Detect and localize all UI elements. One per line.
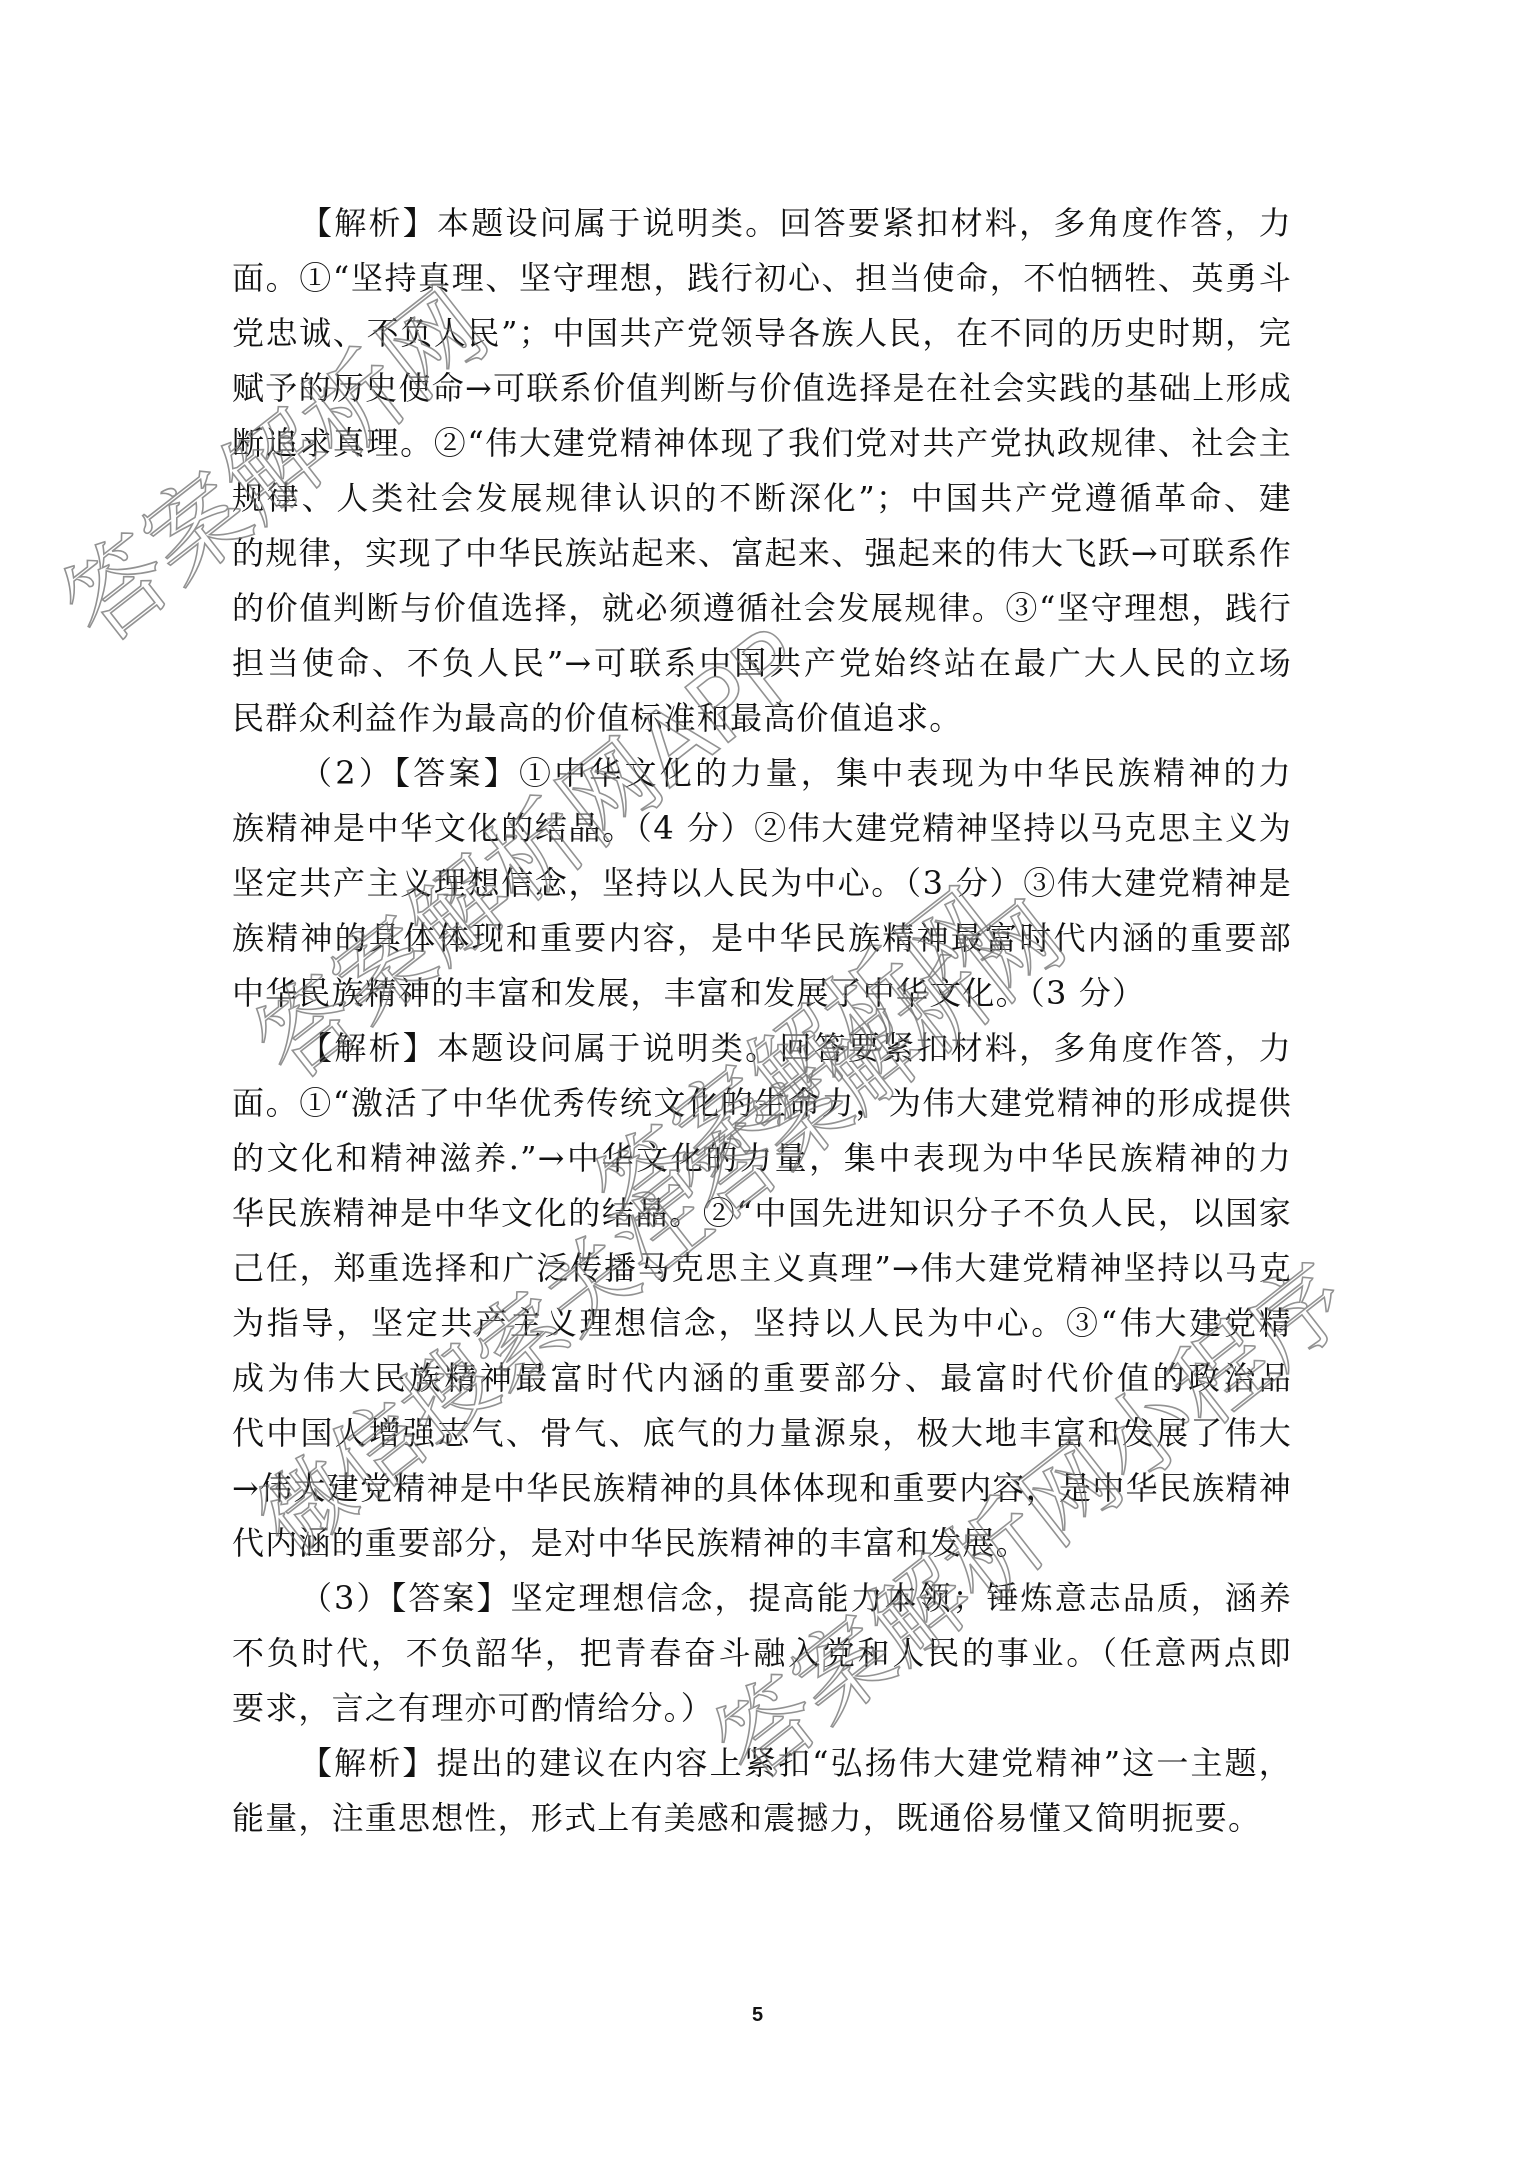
text-line: 民群众利益作为最高的价值标准和最高价值追求。 <box>232 691 1292 746</box>
text-line: 坚定共产主义理想信念，坚持以人民为中心。（3 分）③伟大建党精神是中华民 <box>232 856 1292 911</box>
paragraph-analysis-2: 【解析】本题设问属于说明类。回答要紧扣材料，多角度作答，力求准确全 面。①“激活… <box>232 1021 1292 1571</box>
text-line: 能量，注重思想性，形式上有美感和震撼力，既通俗易懂又简明扼要。 <box>232 1791 1292 1846</box>
text-line: 的规律，实现了中华民族站起来、富起来、强起来的伟大飞跃→可联系作出正确 <box>232 526 1292 581</box>
text-line: 族精神是中华文化的结晶。（4 分）②伟大建党精神坚持以马克思主义为指导， <box>232 801 1292 856</box>
text-line: 华民族精神是中华文化的结晶。②“中国先进知识分子不负人民，以国家兴亡为 <box>232 1186 1292 1241</box>
text-line: 【解析】本题设问属于说明类。回答要紧扣材料，多角度作答，力求准确全 <box>232 1021 1292 1076</box>
text-line: 成为伟大民族精神最富时代内涵的重要部分、最富时代价值的政治品格，成为当 <box>232 1351 1292 1406</box>
page-number: 5 <box>752 2004 763 2027</box>
text-line: （3）【答案】坚定理想信念，提高能力本领；锤炼意志品质，涵养道德情操； <box>232 1571 1292 1626</box>
text-line: 面。①“坚持真理、坚守理想，践行初心、担当使命，不怕牺牲、英勇斗争，对 <box>232 251 1292 306</box>
text-block: 【解析】本题设问属于说明类。回答要紧扣材料，多角度作答，力求准确全 面。①“坚持… <box>232 196 1292 1846</box>
text-line: 代中国人增强志气、骨气、底气的力量源泉，极大地丰富和发展了伟大民族精神。” <box>232 1406 1292 1461</box>
text-line: 的文化和精神滋养.”→中华文化的力量，集中表现为中华民族精神的力量；中 <box>232 1131 1292 1186</box>
text-line: 党忠诚、不负人民”；中国共产党领导各族人民，在不同的历史时期，完成时代 <box>232 306 1292 361</box>
text-line: 的价值判断与价值选择，就必须遵循社会发展规律。③“坚守理想，践行初心、 <box>232 581 1292 636</box>
text-line: 为指导，坚定共产主义理想信念，坚持以人民为中心。③“伟大建党精神，已经 <box>232 1296 1292 1351</box>
paragraph-analysis-1: 【解析】本题设问属于说明类。回答要紧扣材料，多角度作答，力求准确全 面。①“坚持… <box>232 196 1292 746</box>
document-page: 【解析】本题设问属于说明类。回答要紧扣材料，多角度作答，力求准确全 面。①“坚持… <box>0 0 1536 2168</box>
text-line: 【解析】提出的建议在内容上紧扣“弘扬伟大建党精神”这一主题，宣传正 <box>232 1736 1292 1791</box>
text-line: 己任，郑重选择和广泛传播马克思主义真理”→伟大建党精神坚持以马克思主义 <box>232 1241 1292 1296</box>
text-line: 面。①“激活了中华优秀传统文化的生命力，为伟大建党精神的形成提供了丰富 <box>232 1076 1292 1131</box>
paragraph-analysis-3: 【解析】提出的建议在内容上紧扣“弘扬伟大建党精神”这一主题，宣传正 能量，注重思… <box>232 1736 1292 1846</box>
paragraph-answer-3: （3）【答案】坚定理想信念，提高能力本领；锤炼意志品质，涵养道德情操； 不负时代… <box>232 1571 1292 1736</box>
paragraph-answer-2: （2）【答案】①中华文化的力量，集中表现为中华民族精神的力量；中华民 族精神是中… <box>232 746 1292 1021</box>
text-line: 中华民族精神的丰富和发展，丰富和发展了中华文化。（3 分） <box>232 966 1292 1021</box>
text-line: 担当使命、不负人民”→可联系中国共产党始终站在最广大人民的立场上，把人 <box>232 636 1292 691</box>
text-line: 规律、人类社会发展规律认识的不断深化”；中国共产党遵循革命、建设、改革 <box>232 471 1292 526</box>
text-line: →伟大建党精神是中华民族精神的具体体现和重要内容，是中华民族精神最富时 <box>232 1461 1292 1516</box>
text-line: 族精神的具体体现和重要内容，是中华民族精神最富时代内涵的重要部分，是对 <box>232 911 1292 966</box>
text-line: 【解析】本题设问属于说明类。回答要紧扣材料，多角度作答，力求准确全 <box>232 196 1292 251</box>
text-line: 赋予的历史使命→可联系价值判断与价值选择是在社会实践的基础上形成的，不 <box>232 361 1292 416</box>
text-line: 不负时代，不负韶华，把青春奋斗融入党和人民的事业。（任意两点即可，符合 <box>232 1626 1292 1681</box>
text-line: （2）【答案】①中华文化的力量，集中表现为中华民族精神的力量；中华民 <box>232 746 1292 801</box>
text-line: 代内涵的重要部分，是对中华民族精神的丰富和发展。 <box>232 1516 1292 1571</box>
text-line: 断追求真理。②“伟大建党精神体现了我们党对共产党执政规律、社会主义建设 <box>232 416 1292 471</box>
text-line: 要求，言之有理亦可酌情给分。） <box>232 1681 1292 1736</box>
